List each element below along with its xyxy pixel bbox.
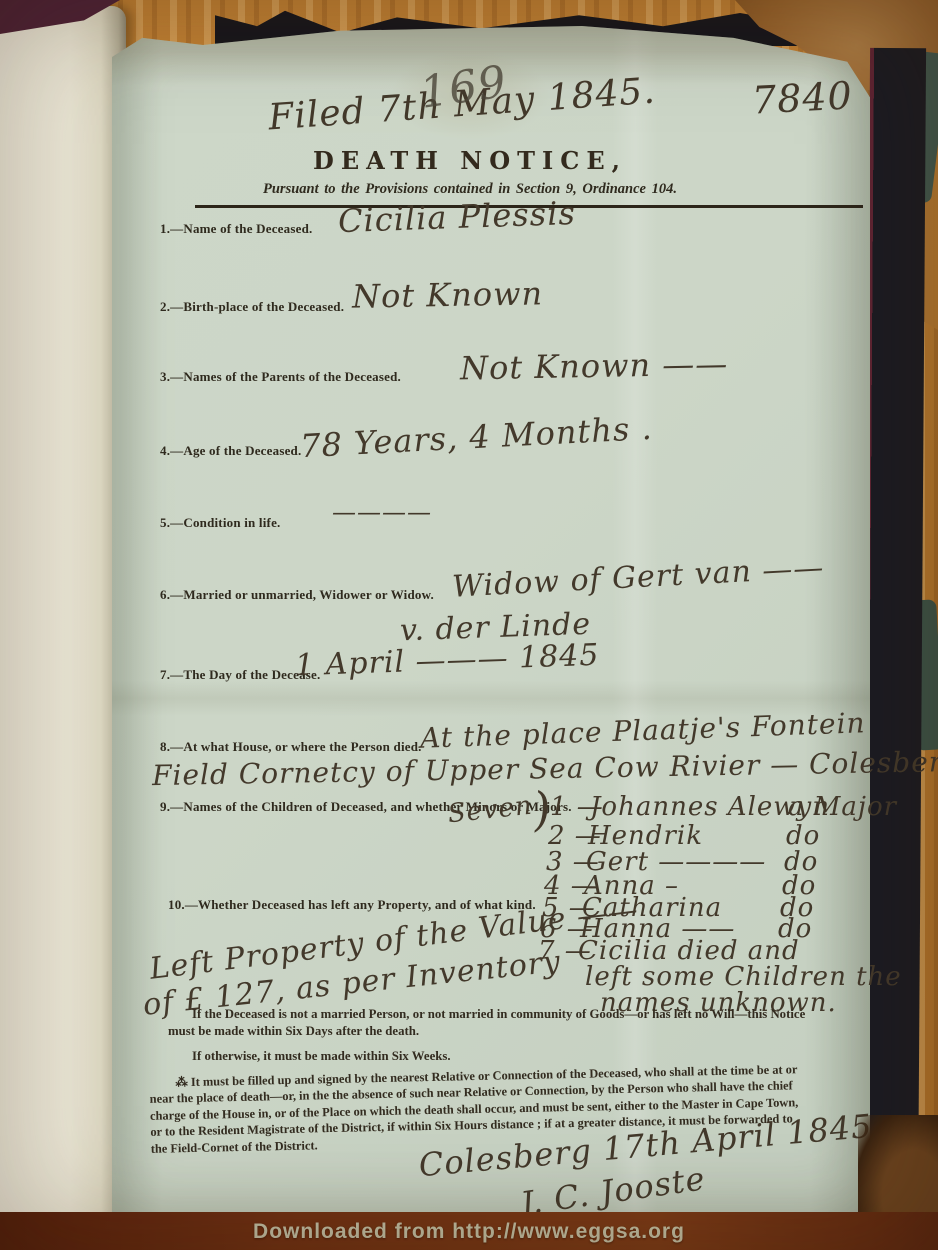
book-back-cover: [862, 48, 926, 1223]
source-watermark: Downloaded from http://www.eggsa.org: [0, 1220, 938, 1244]
field-6-label: 6.—Married or unmarried, Widower or Wido…: [160, 586, 434, 604]
child-status: a Major: [788, 792, 897, 822]
field-9-value: Seven): [445, 781, 554, 846]
field-4-label: 4.—Age of the Deceased.: [160, 442, 301, 460]
field-8-label: 8.—At what House, or where the Person di…: [160, 738, 422, 756]
notice-paragraph-1: If the Deceased is not a married Person,…: [168, 1006, 816, 1040]
field-2-label: 2.—Birth-place of the Deceased.: [160, 298, 344, 316]
document-subtitle: Pursuant to the Provisions contained in …: [170, 181, 770, 198]
field-5-value: ————: [332, 498, 432, 526]
field-2-value: Not Known: [352, 274, 544, 315]
field-1-label: 1.—Name of the Deceased.: [160, 220, 312, 238]
field-9-count: Seven: [446, 791, 534, 830]
docket-number: 7840: [751, 73, 854, 122]
photographed-death-notice: Filed 7th May 1845. 169 7840 DEATH NOTIC…: [0, 0, 938, 1250]
field-3-label: 3.—Names of the Parents of the Deceased.: [160, 368, 401, 386]
field-3-value: Not Known ——: [460, 345, 729, 388]
field-5-label: 5.—Condition in life.: [160, 514, 281, 532]
document-title: DEATH NOTICE,: [170, 146, 770, 175]
opposite-page-edge: [0, 6, 126, 1216]
